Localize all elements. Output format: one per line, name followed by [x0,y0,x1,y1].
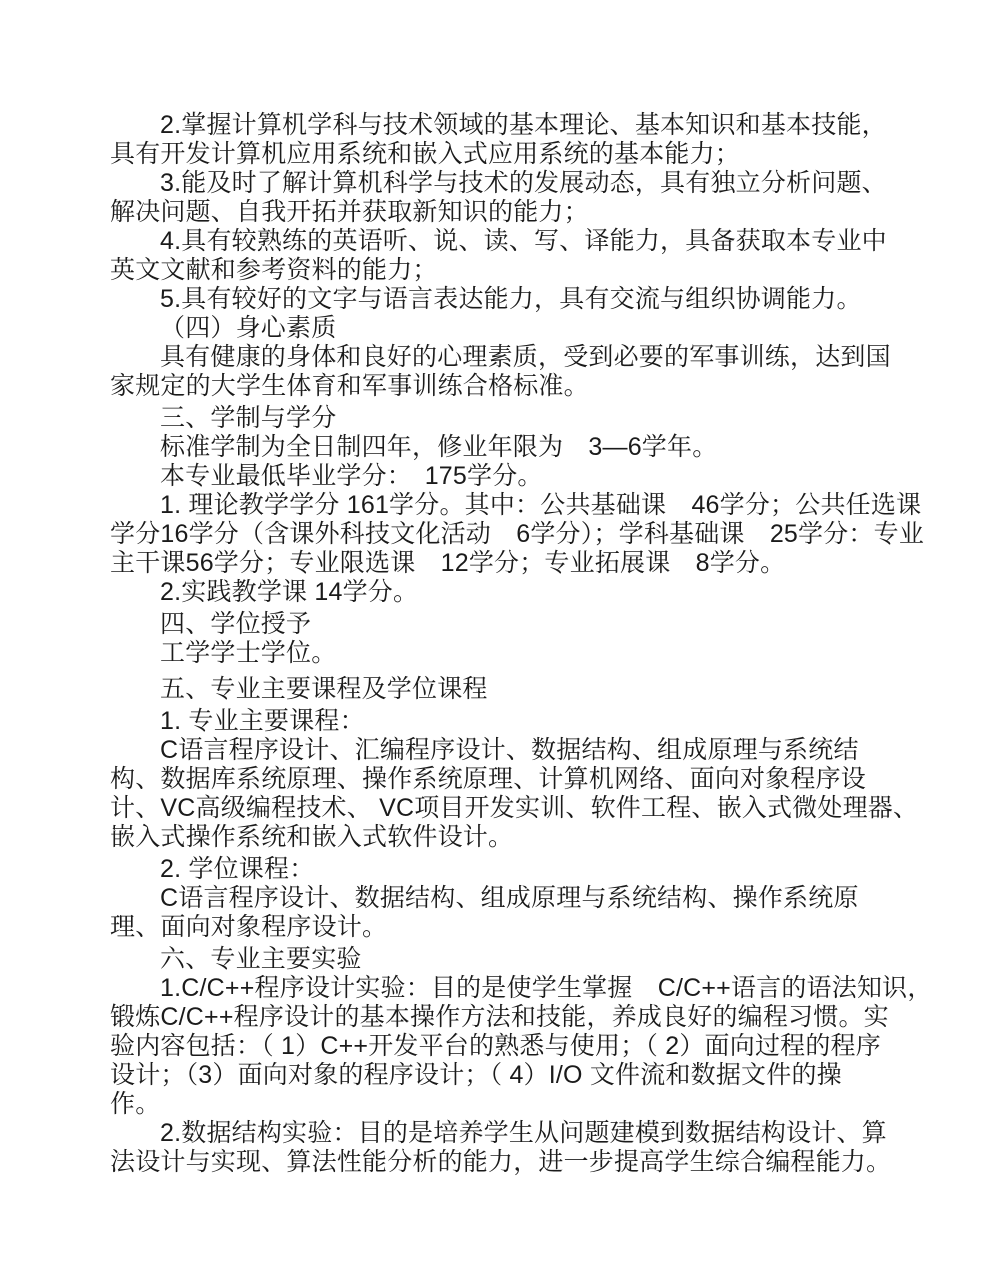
text-line: 验内容包括：（ 1）C++开发平台的熟悉与使用；（ 2）面向过程的程序 [110,1032,884,1061]
text-line: 工学学士学位。 [110,639,884,668]
text-line: 4.具有较熟练的英语听、说、读、写、译能力，具备获取本专业中 [110,227,884,256]
text-line: 锻炼C/C++程序设计的基本操作方法和技能，养成良好的编程习惯。实 [110,1003,884,1032]
text-line: C语言程序设计、数据结构、组成原理与系统结构、操作系统原 [110,884,884,913]
section-heading: 六、专业主要实验 [110,945,884,974]
document-text-block: 2.掌握计算机学科与技术领域的基本理论、基本知识和基本技能， 具有开发计算机应用… [110,111,884,1177]
text-line: 1.C/C++程序设计实验：目的是使学生掌握 C/C++语言的语法知识， [110,974,884,1003]
section-heading: 四、学位授予 [110,610,884,639]
text-line: 设计；（3）面向对象的程序设计；（ 4）I/O 文件流和数据文件的操 [110,1061,884,1090]
text-line: 家规定的大学生体育和军事训练合格标准。 [110,372,884,401]
text-line: 2.掌握计算机学科与技术领域的基本理论、基本知识和基本技能， [110,111,884,140]
section-heading: 五、专业主要课程及学位课程 [110,675,884,704]
text-line: 解决问题、自我开拓并获取新知识的能力； [110,198,884,227]
text-line: 计、VC高级编程技术、 VC项目开发实训、软件工程、嵌入式微处理器、 [110,794,884,823]
section-heading: 三、学制与学分 [110,404,884,433]
text-line: 具有健康的身体和良好的心理素质，受到必要的军事训练，达到国 [110,343,884,372]
section-subheading: （四）身心素质 [110,314,884,343]
text-line: 学分16学分（含课外科技文化活动 6学分）；学科基础课 25学分：专业 [110,520,884,549]
text-line: 英文文献和参考资料的能力； [110,256,884,285]
text-line: 2.数据结构实验：目的是培养学生从问题建模到数据结构设计、算 [110,1119,884,1148]
document-page: 2.掌握计算机学科与技术领域的基本理论、基本知识和基本技能， 具有开发计算机应用… [0,0,984,1274]
text-line: 标准学制为全日制四年，修业年限为 3—6学年。 [110,433,884,462]
text-line: 本专业最低毕业学分： 175学分。 [110,462,884,491]
text-line: C语言程序设计、汇编程序设计、数据结构、组成原理与系统结 [110,736,884,765]
text-line: 具有开发计算机应用系统和嵌入式应用系统的基本能力； [110,140,884,169]
text-line: 法设计与实现、算法性能分析的能力，进一步提高学生综合编程能力。 [110,1148,884,1177]
text-line: 理、面向对象程序设计。 [110,913,884,942]
list-item-heading: 2. 学位课程： [110,855,884,884]
text-line: 2.实践教学课 14学分。 [110,578,884,607]
text-line: 1. 理论教学学分 161学分。其中：公共基础课 46学分；公共任选课 [110,491,884,520]
text-line: 嵌入式操作系统和嵌入式软件设计。 [110,823,884,852]
text-line: 3.能及时了解计算机科学与技术的发展动态，具有独立分析问题、 [110,169,884,198]
text-line: 构、数据库系统原理、操作系统原理、计算机网络、面向对象程序设 [110,765,884,794]
text-line: 5.具有较好的文字与语言表达能力，具有交流与组织协调能力。 [110,285,884,314]
list-item-heading: 1. 专业主要课程： [110,707,884,736]
text-line: 作。 [110,1090,884,1119]
text-line: 主干课56学分；专业限选课 12学分；专业拓展课 8学分。 [110,549,884,578]
